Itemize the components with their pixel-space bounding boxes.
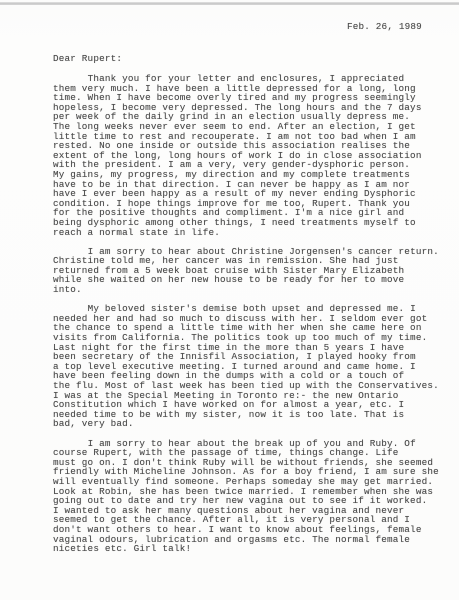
letter-date: Feb. 26, 1989 (347, 22, 422, 32)
scan-edge-artifact (0, 2, 459, 5)
letter-page: Feb. 26, 1989 Dear Rupert: Thank you for… (0, 0, 459, 600)
letter-salutation: Dear Rupert: (53, 54, 122, 64)
letter-paragraph: Thank you for your letter and enclosures… (53, 74, 451, 237)
letter-paragraph: My beloved sister's demise both upset an… (53, 304, 451, 429)
letter-paragraph: I am sorry to hear about Christine Jorge… (53, 247, 451, 295)
letter-body: Thank you for your letter and enclosures… (53, 74, 451, 563)
letter-paragraph: I am sorry to hear about the break up of… (53, 439, 451, 554)
